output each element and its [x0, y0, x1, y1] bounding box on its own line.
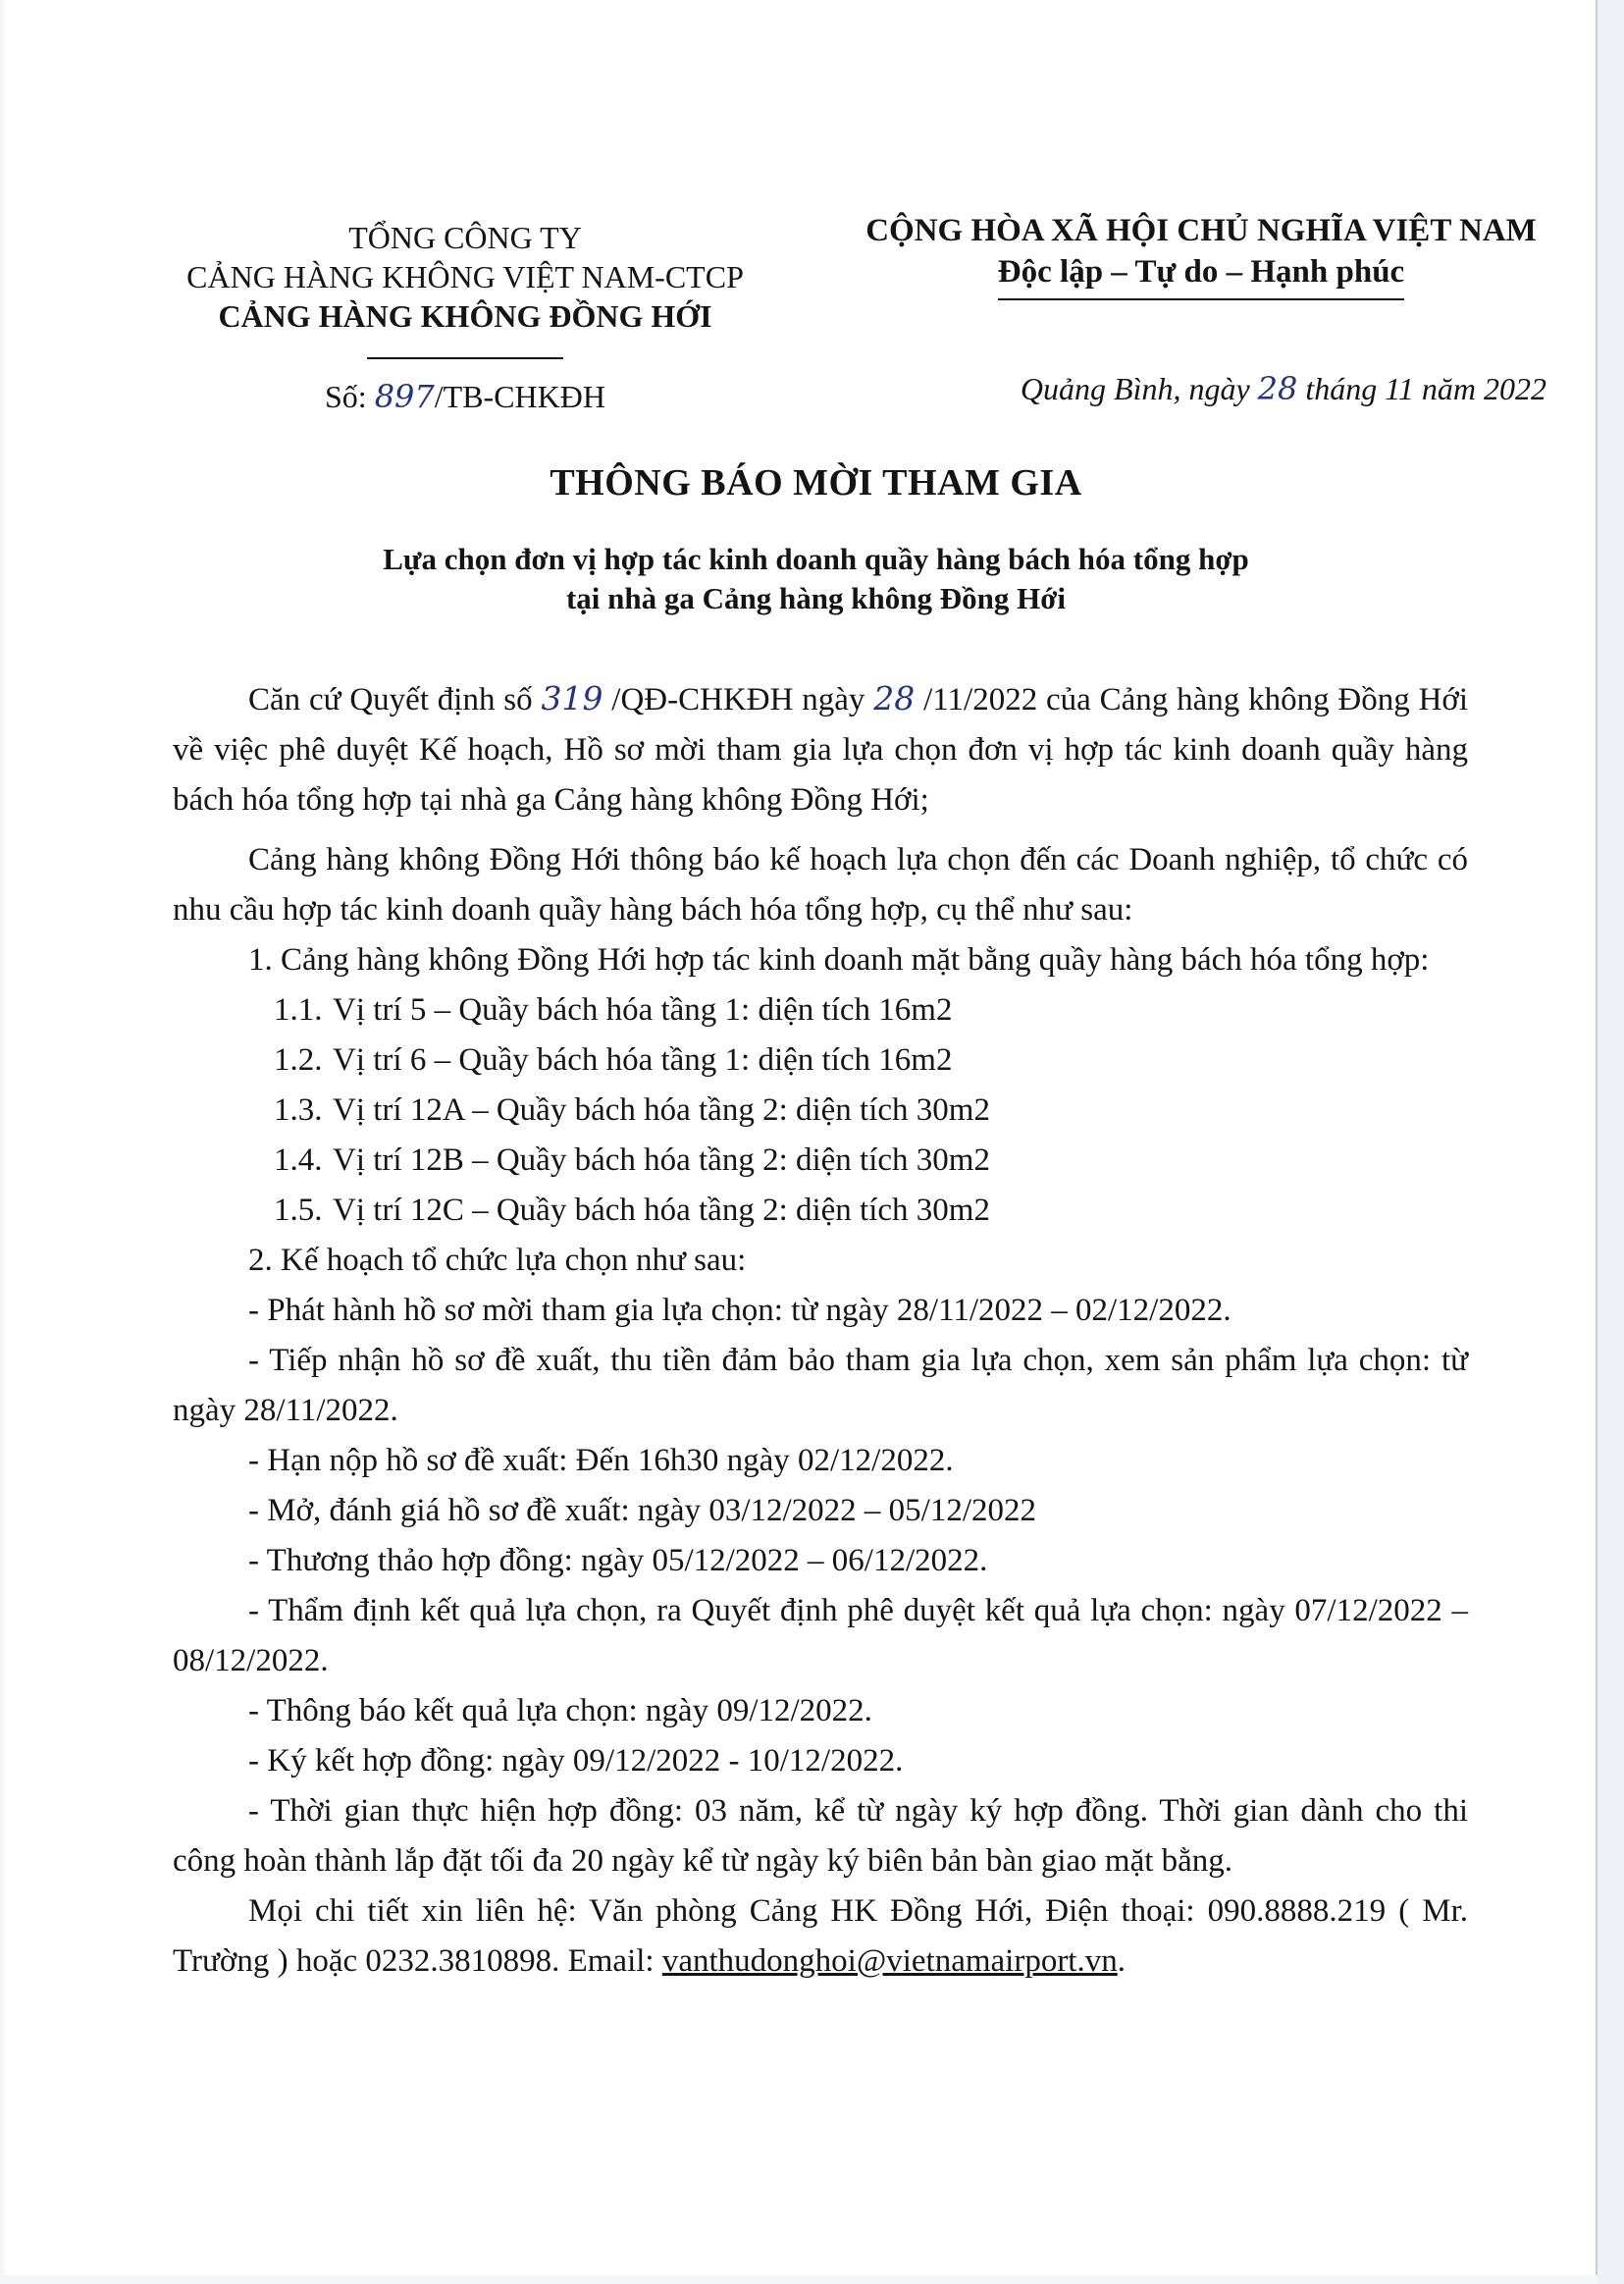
- org-parent-line1: TỔNG CÔNG TY: [141, 218, 789, 257]
- item-text: Vị trí 12B – Quầy bách hóa tầng 2: diện …: [333, 1142, 990, 1178]
- doc-no-suffix: /TB-CHKĐH: [435, 379, 605, 414]
- decision-day-handwritten: 28: [873, 679, 915, 717]
- list-item: 1.5.Vị trí 12C – Quầy bách hóa tầng 2: d…: [173, 1186, 1468, 1236]
- document-number: Số: 897/TB-CHKĐH: [141, 377, 789, 416]
- doc-no-label: Số:: [325, 379, 367, 414]
- schedule-item: - Thẩm định kết quả lựa chọn, ra Quyết đ…: [173, 1586, 1468, 1686]
- national-heading: CỘNG HÒA XÃ HỘI CHỦ NGHĨA VIỆT NAM Độc l…: [809, 210, 1594, 300]
- scan-edge: [1598, 0, 1624, 2284]
- basis-text-2: /QĐ-CHKĐH ngày: [611, 682, 864, 717]
- schedule-item: - Thời gian thực hiện hợp đồng: 03 năm, …: [173, 1786, 1468, 1886]
- document-page: TỔNG CÔNG TY CẢNG HÀNG KHÔNG VIỆT NAM-CT…: [4, 0, 1598, 2275]
- list-item: 1.3.Vị trí 12A – Quầy bách hóa tầng 2: d…: [173, 1086, 1468, 1136]
- list-item: 1.2.Vị trí 6 – Quầy bách hóa tầng 1: diệ…: [173, 1036, 1468, 1086]
- contact-email-link[interactable]: vanthudonghoi@vietnamairport.vn: [662, 1943, 1118, 1979]
- subtitle-line1: Lựa chọn đơn vị hợp tác kinh doanh quầy …: [4, 540, 1624, 579]
- decision-no-handwritten: 319: [541, 679, 602, 717]
- document-subtitle: Lựa chọn đơn vị hợp tác kinh doanh quầy …: [4, 540, 1624, 618]
- country-name: CỘNG HÒA XÃ HỘI CHỦ NGHĨA VIỆT NAM: [809, 210, 1594, 251]
- contact-paragraph: Mọi chi tiết xin liên hệ: Văn phòng Cảng…: [173, 1886, 1468, 1987]
- location-list: 1.1.Vị trí 5 – Quầy bách hóa tầng 1: diệ…: [173, 985, 1468, 1236]
- section-2-heading: 2. Kế hoạch tổ chức lựa chọn như sau:: [173, 1236, 1468, 1286]
- issuing-organization: TỔNG CÔNG TY CẢNG HÀNG KHÔNG VIỆT NAM-CT…: [141, 218, 789, 416]
- org-name: CẢNG HÀNG KHÔNG ĐỒNG HỚI: [141, 296, 789, 336]
- place-date: Quảng Bình, ngày 28 tháng 11 năm 2022: [887, 370, 1546, 407]
- basis-text-1: Căn cứ Quyết định số: [248, 682, 533, 717]
- list-item: 1.4.Vị trí 12B – Quầy bách hóa tầng 2: d…: [173, 1136, 1468, 1186]
- document-body: Căn cứ Quyết định số 319 /QĐ-CHKĐH ngày …: [173, 673, 1468, 1987]
- intro-paragraph: Cảng hàng không Đồng Hới thông báo kế ho…: [173, 835, 1468, 935]
- org-parent-line2: CẢNG HÀNG KHÔNG VIỆT NAM-CTCP: [141, 257, 789, 296]
- item-text: Vị trí 5 – Quầy bách hóa tầng 1: diện tí…: [333, 992, 952, 1028]
- date-suffix: tháng 11 năm 2022: [1305, 371, 1546, 406]
- header-divider: [367, 357, 563, 359]
- schedule-item: - Mở, đánh giá hồ sơ đề xuất: ngày 03/12…: [173, 1486, 1468, 1536]
- date-day-handwritten: 28: [1258, 370, 1298, 407]
- item-number: 1.3.: [274, 1086, 333, 1136]
- item-text: Vị trí 12A – Quầy bách hóa tầng 2: diện …: [333, 1092, 990, 1128]
- item-number: 1.1.: [274, 985, 333, 1036]
- schedule-item: - Thông báo kết quả lựa chọn: ngày 09/12…: [173, 1686, 1468, 1736]
- item-number: 1.5.: [274, 1186, 333, 1236]
- section-1-heading: 1. Cảng hàng không Đồng Hới hợp tác kinh…: [173, 935, 1468, 985]
- item-text: Vị trí 6 – Quầy bách hóa tầng 1: diện tí…: [333, 1042, 952, 1078]
- subtitle-line2: tại nhà ga Cảng hàng không Đồng Hới: [4, 579, 1624, 618]
- date-prefix: Quảng Bình, ngày: [1021, 371, 1250, 406]
- schedule-item: - Ký kết hợp đồng: ngày 09/12/2022 - 10/…: [173, 1736, 1468, 1786]
- contact-end: .: [1118, 1943, 1126, 1979]
- item-text: Vị trí 12C – Quầy bách hóa tầng 2: diện …: [333, 1193, 990, 1228]
- schedule-item: - Thương thảo hợp đồng: ngày 05/12/2022 …: [173, 1536, 1468, 1586]
- list-item: 1.1.Vị trí 5 – Quầy bách hóa tầng 1: diệ…: [173, 985, 1468, 1036]
- legal-basis-paragraph: Căn cứ Quyết định số 319 /QĐ-CHKĐH ngày …: [173, 673, 1468, 825]
- item-number: 1.2.: [274, 1036, 333, 1086]
- schedule-item: - Phát hành hồ sơ mời tham gia lựa chọn:…: [173, 1286, 1468, 1336]
- schedule-item: - Hạn nộp hồ sơ đề xuất: Đến 16h30 ngày …: [173, 1436, 1468, 1486]
- schedule-item: - Tiếp nhận hồ sơ đề xuất, thu tiền đảm …: [173, 1336, 1468, 1436]
- national-motto: Độc lập – Tự do – Hạnh phúc: [998, 251, 1404, 300]
- item-number: 1.4.: [274, 1136, 333, 1186]
- document-title: THÔNG BÁO MỜI THAM GIA: [4, 461, 1624, 505]
- doc-no-handwritten: 897: [375, 378, 435, 415]
